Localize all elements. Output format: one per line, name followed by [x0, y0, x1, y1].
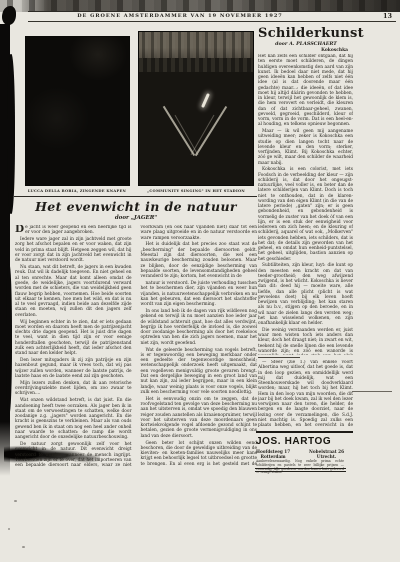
article-body-evenwicht: De jacht is weer geopend en een heerlijk…	[15, 225, 257, 471]
stadium-stands-lower	[139, 58, 253, 72]
field-marking-inner-right	[190, 114, 214, 154]
section-rule	[258, 357, 300, 358]
scan-speck	[14, 500, 17, 502]
ad-address-utrecht: Nobelstraat 26 Utrecht.	[309, 449, 344, 459]
masthead: DE GROENE AMSTERDAMMER VAN 19 NOVEMBER 1…	[30, 13, 330, 19]
paragraph: Nu staan, wat dit betreft, de jagers in …	[15, 265, 132, 318]
ad-address-rotterdam: Hoofdsteeg 17 Rotterdam	[256, 449, 290, 459]
paragraph: Wat de geleerde bescherming van vogels b…	[141, 348, 258, 396]
article-title-schilderkunst: Schilderkunst	[258, 26, 354, 41]
header-rule-bottom	[28, 21, 396, 22]
scan-ink-blob	[2, 6, 16, 25]
article-title-evenwicht: Het evenwicht in de natuur	[15, 199, 257, 214]
conductor-figure	[201, 93, 210, 108]
scan-speck	[8, 528, 10, 530]
paragraph: — Sfeer (zie 1.) van enkele voort Albert…	[258, 360, 353, 428]
ad-company-name: JOS. HARTOG	[256, 436, 353, 447]
paragraph: Wat onzen wildstand betreft, is dat juis…	[15, 398, 132, 440]
paragraph: Iedere ware jager zal in zijn jachtveld …	[15, 237, 132, 263]
paragraph-text: e jacht is weer geopend en een heerlijke…	[25, 225, 131, 235]
article-footnote-schilderkunst: — Sfeer (zie 1.) van enkele voort Albert…	[258, 360, 353, 428]
paragraph: In ons land heb ik de dagen van rijk wil…	[141, 309, 258, 346]
paragraph: Subtiliteiten, zijn kleur, luyt: die kun…	[258, 263, 353, 326]
ad-rule-top	[256, 431, 353, 433]
scan-speck	[22, 546, 25, 548]
article-byline-plasschaert: door A. PLASSCHAERT	[258, 41, 354, 47]
paragraph: natuur is verstoord. De juiste verhoudin…	[141, 281, 258, 307]
field-marking-right	[194, 106, 226, 156]
caption-rule	[14, 196, 257, 197]
drop-cap: D	[15, 225, 25, 234]
photo-caption-left: LUCCA DELLA ROBIA, ZINGENDE KNAPEN	[22, 189, 132, 193]
paragraph: Wij beginnen echter in te zien, dat er i…	[15, 320, 132, 357]
scan-dash-artifact	[352, 391, 392, 392]
page-number: 13	[366, 12, 392, 20]
article-byline-jager: door „JAGER"	[15, 215, 257, 221]
photo-caption-right: „COMMUNITY SINGING" IN HET STADION	[136, 189, 256, 193]
paragraph: Maar — ik wil geen mij aangename uitweid…	[258, 129, 353, 166]
ad-addresses: Hoofdsteeg 17 Rotterdam Nobelstraat 26 U…	[256, 449, 344, 459]
paragraph: Het is duidelijk dat het precies zoo sta…	[141, 242, 258, 279]
paragraph: Den lezer mitsgaders ik zij zijn patrijs…	[15, 358, 132, 379]
paragraph: Die weinig verstaanden werden er, juist …	[258, 328, 353, 355]
article-body-schilderkunst: Het kan zelfs een schilder ontgaan, dat …	[258, 54, 353, 355]
field-marking-left	[163, 106, 195, 156]
ad-rule-bottom	[255, 468, 346, 472]
paragraph: Het is eenvoudig onzin om te zeggen, dat…	[141, 397, 258, 439]
paragraph: Het kan zelfs een schilder ontgaan, dat …	[258, 54, 353, 128]
photo-della-robbia	[25, 36, 130, 186]
article-subhead-kokoschka: Kokoschka	[258, 48, 348, 53]
paragraph: De jacht is weer geopend en een heerlijk…	[15, 225, 132, 236]
paragraph: Mijn lezers zullen denken, dat ik aan re…	[15, 381, 132, 397]
scan-left-edge	[0, 24, 10, 476]
photo-community-singing	[138, 31, 254, 186]
stadium-stands	[139, 32, 253, 58]
paragraph: Kokoschka is een colorist, met iets Food…	[258, 167, 353, 262]
